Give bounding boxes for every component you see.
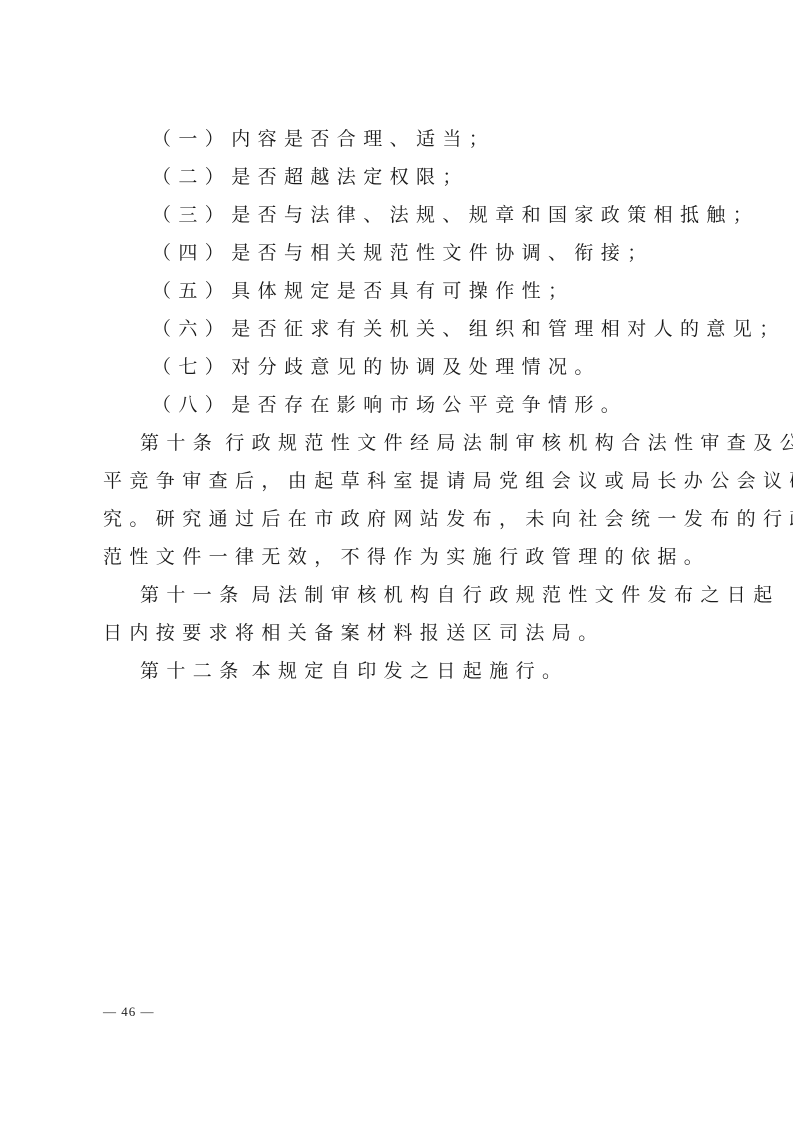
article-text: 本规定自印发之日起施行。 xyxy=(252,660,569,682)
article-text: 局法制审核机构自行政规范性文件发布之日起 10 xyxy=(252,584,793,606)
item-label: （三） xyxy=(152,204,231,226)
article-heading: 第十一条 xyxy=(140,584,246,606)
item-label: （五） xyxy=(152,280,231,302)
article-10-line-1: 第十条行政规范性文件经局法制审核机构合法性审查及公 xyxy=(103,424,703,462)
item-label: （七） xyxy=(152,356,231,378)
article-heading: 第十二条 xyxy=(140,660,246,682)
item-text: 是否与法律、法规、规章和国家政策相抵触； xyxy=(231,204,759,226)
review-item-1: （一）内容是否合理、适当； xyxy=(103,120,703,158)
item-text: 具体规定是否具有可操作性； xyxy=(231,280,574,302)
item-text: 是否超越法定权限； xyxy=(231,166,469,188)
review-item-2: （二）是否超越法定权限； xyxy=(103,158,703,196)
article-heading: 第十条 xyxy=(140,432,219,454)
article-11: 第十一条局法制审核机构自行政规范性文件发布之日起 10 日内按要求将相关备案材料… xyxy=(103,576,703,652)
item-label: （四） xyxy=(152,242,231,264)
item-label: （一） xyxy=(152,128,231,150)
item-label: （二） xyxy=(152,166,231,188)
article-text: 行政规范性文件经局法制审核机构合法性审查及公 xyxy=(225,432,793,454)
item-text: 是否征求有关机关、组织和管理相对人的意见； xyxy=(231,318,785,340)
document-page: （一）内容是否合理、适当； （二）是否超越法定权限； （三）是否与法律、法规、规… xyxy=(103,120,703,690)
review-item-7: （七）对分歧意见的协调及处理情况。 xyxy=(103,348,703,386)
review-item-6: （六）是否征求有关机关、组织和管理相对人的意见； xyxy=(103,310,703,348)
item-label: （八） xyxy=(152,394,231,416)
article-10-line-3: 究。研究通过后在市政府网站发布，未向社会统一发布的行政规 xyxy=(103,500,703,538)
article-11-line-1: 第十一条局法制审核机构自行政规范性文件发布之日起 10 xyxy=(103,576,703,614)
article-10: 第十条行政规范性文件经局法制审核机构合法性审查及公 平竞争审查后，由起草科室提请… xyxy=(103,424,703,576)
article-12: 第十二条本规定自印发之日起施行。 xyxy=(103,652,703,690)
review-item-4: （四）是否与相关规范性文件协调、衔接； xyxy=(103,234,703,272)
item-text: 是否与相关规范性文件协调、衔接； xyxy=(231,242,653,264)
page-number: — 46 — xyxy=(103,1004,155,1020)
item-text: 是否存在影响市场公平竞争情形。 xyxy=(231,394,627,416)
review-item-3: （三）是否与法律、法规、规章和国家政策相抵触； xyxy=(103,196,703,234)
item-text: 对分歧意见的协调及处理情况。 xyxy=(231,356,601,378)
article-12-line-1: 第十二条本规定自印发之日起施行。 xyxy=(103,652,703,690)
article-10-line-2: 平竞争审查后，由起草科室提请局党组会议或局长办公会议研 xyxy=(103,462,703,500)
item-label: （六） xyxy=(152,318,231,340)
item-text: 内容是否合理、适当； xyxy=(231,128,495,150)
review-item-8: （八）是否存在影响市场公平竞争情形。 xyxy=(103,386,703,424)
article-10-line-4: 范性文件一律无效，不得作为实施行政管理的依据。 xyxy=(103,538,703,576)
review-item-5: （五）具体规定是否具有可操作性； xyxy=(103,272,703,310)
article-11-line-2: 日内按要求将相关备案材料报送区司法局。 xyxy=(103,614,703,652)
